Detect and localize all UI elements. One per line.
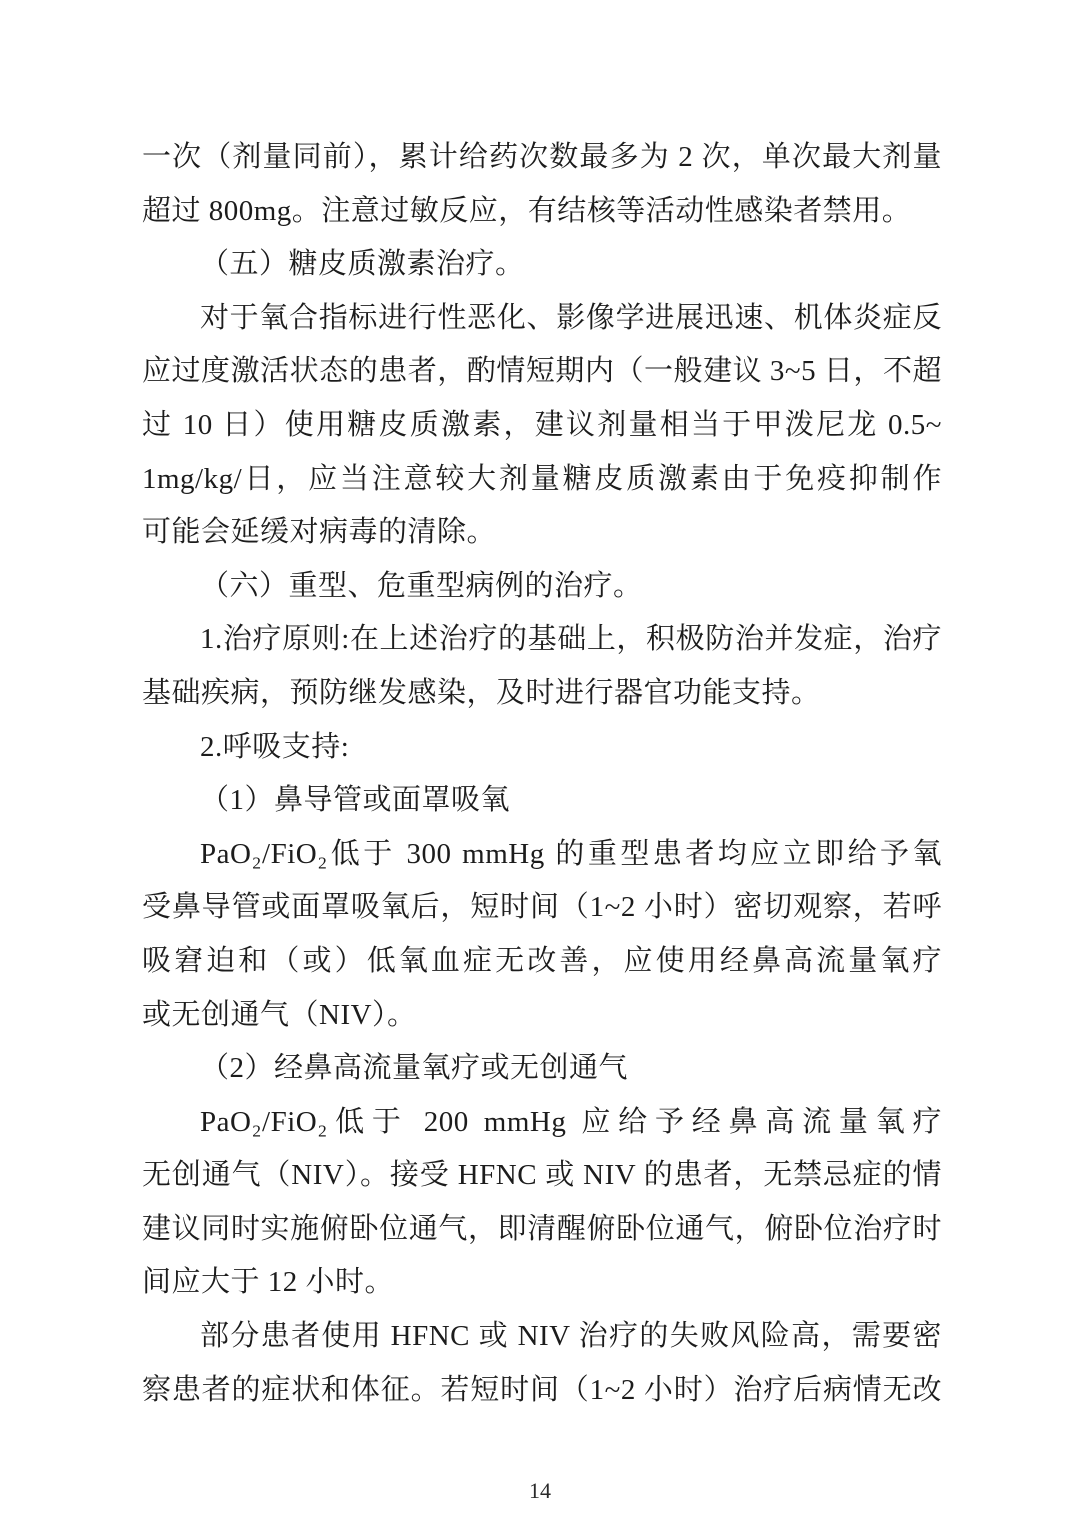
text-line: PaO₂/FiO₂低于 300 mmHg 的重型患者均应立即给予氧疗。接 xyxy=(142,828,942,882)
text-line: 1mg/kg/日，应当注意较大剂量糖皮质激素由于免疫抑制作用， xyxy=(142,453,942,507)
text-line: 受鼻导管或面罩吸氧后，短时间（1~2 小时）密切观察，若呼 xyxy=(142,881,942,935)
text-line: 或无创通气（NIV）。 xyxy=(142,989,942,1043)
text-line: PaO₂/FiO₂低于 200 mmHg 应给予经鼻高流量氧疗（HFNC）或 xyxy=(142,1096,942,1150)
sub-heading-2: （2）经鼻高流量氧疗或无创通气 xyxy=(142,1042,942,1096)
text-block: 一次（剂量同前），累计给药次数最多为 2 次，单次最大剂量不 超过 800mg。… xyxy=(142,131,942,1417)
text-line: 建议同时实施俯卧位通气，即清醒俯卧位通气，俯卧位治疗时 xyxy=(142,1203,942,1257)
document-page: 一次（剂量同前），累计给药次数最多为 2 次，单次最大剂量不 超过 800mg。… xyxy=(0,0,1080,1528)
text-line: 吸窘迫和（或）低氧血症无改善，应使用经鼻高流量氧疗（HFNC） xyxy=(142,935,942,989)
text-line: 超过 800mg。注意过敏反应，有结核等活动性感染者禁用。 xyxy=(142,185,942,239)
list-item-heading: 2.呼吸支持: xyxy=(142,721,942,775)
page-number: 14 xyxy=(0,1478,1080,1504)
text-line: 1.治疗原则:在上述治疗的基础上，积极防治并发症，治疗 xyxy=(142,613,942,667)
section-heading-5: （五）糖皮质激素治疗。 xyxy=(142,238,942,292)
sub-heading-1: （1）鼻导管或面罩吸氧 xyxy=(142,774,942,828)
text-line: 应过度激活状态的患者，酌情短期内（一般建议 3~5 日，不超 xyxy=(142,345,942,399)
text-line: 可能会延缓对病毒的清除。 xyxy=(142,506,942,560)
text-line: 察患者的症状和体征。若短时间（1~2 小时）治疗后病情无改 xyxy=(142,1364,942,1418)
text-line: 无创通气（NIV）。接受 HFNC 或 NIV 的患者，无禁忌症的情况下， xyxy=(142,1149,942,1203)
section-heading-6: （六）重型、危重型病例的治疗。 xyxy=(142,560,942,614)
text-line: 间应大于 12 小时。 xyxy=(142,1256,942,1310)
text-line: 基础疾病，预防继发感染，及时进行器官功能支持。 xyxy=(142,667,942,721)
text-line: 过 10 日）使用糖皮质激素，建议剂量相当于甲泼尼龙 0.5~ xyxy=(142,399,942,453)
text-line: 对于氧合指标进行性恶化、影像学进展迅速、机体炎症反 xyxy=(142,292,942,346)
text-line: 一次（剂量同前），累计给药次数最多为 2 次，单次最大剂量不 xyxy=(142,131,942,185)
text-line: 部分患者使用 HFNC 或 NIV 治疗的失败风险高，需要密切观 xyxy=(142,1310,942,1364)
